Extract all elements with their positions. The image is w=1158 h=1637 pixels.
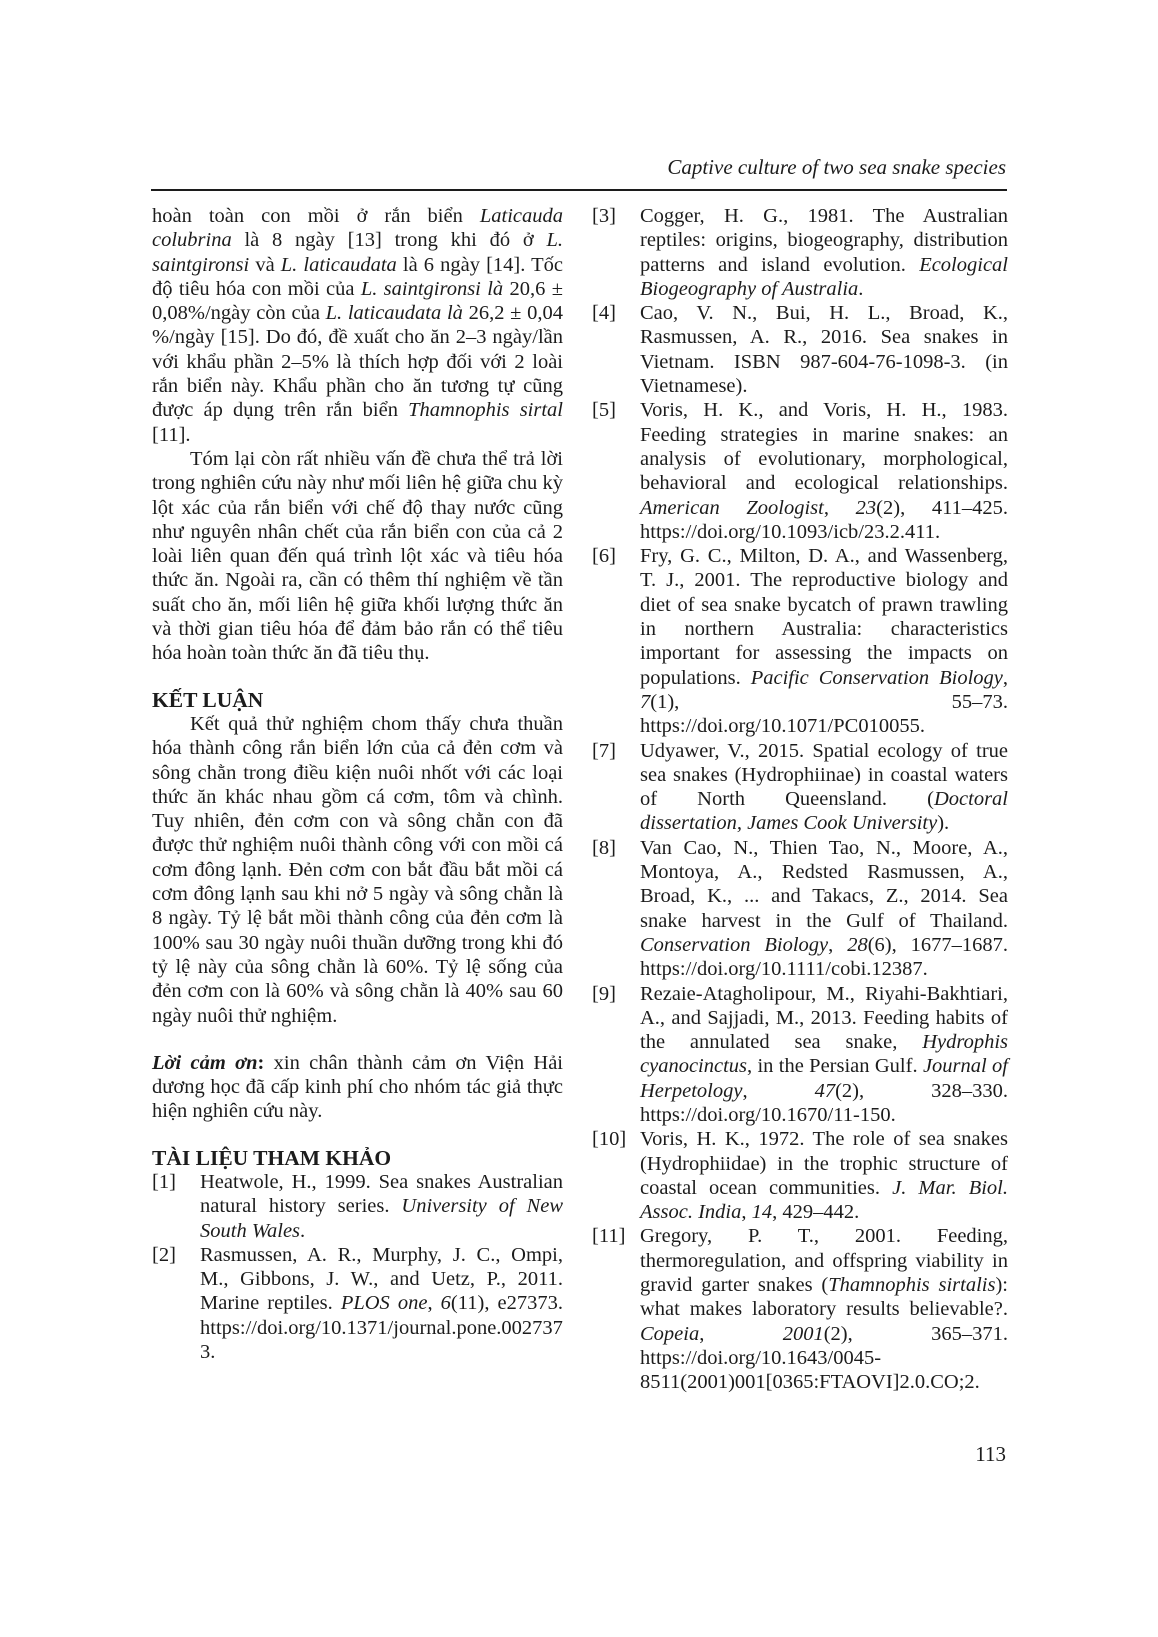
italic-text-run: 23	[856, 497, 877, 519]
acknowledgement-paragraph: Lời cảm ơn: xin chân thành cảm ơn Viện H…	[152, 1051, 563, 1124]
reference-text: Voris, H. K., and Voris, H. H., 1983. Fe…	[640, 399, 1008, 542]
body-paragraph: hoàn toàn con mồi ở rắn biển Laticauda c…	[152, 204, 563, 447]
text-run: ,	[742, 1080, 814, 1102]
text-run: (1), 55–73. https://doi.org/10.1071/PC01…	[640, 691, 1008, 737]
reference-text: Cogger, H. G., 1981. The Australian rept…	[640, 205, 1008, 300]
reference-number: [2]	[152, 1243, 198, 1267]
italic-text-run: L. laticaudata là	[326, 302, 463, 324]
italic-text-run: American Zoologist	[640, 497, 824, 519]
italic-text-run: L. saintgironsi là	[361, 278, 503, 300]
reference-text: Gregory, P. T., 2001. Feeding, thermoreg…	[640, 1225, 1008, 1393]
text-run: ,	[828, 934, 847, 956]
text-run: ,	[427, 1292, 440, 1314]
italic-text-run: 2001	[783, 1323, 824, 1345]
italic-text-run: 47	[815, 1080, 836, 1102]
text-run: và	[249, 254, 281, 276]
reference-item: [11]Gregory, P. T., 2001. Feeding, therm…	[592, 1224, 1008, 1394]
reference-number: [9]	[592, 982, 638, 1006]
reference-text: Rezaie-Atagholipour, M., Riyahi-Bakhtiar…	[640, 983, 1008, 1126]
left-column: hoàn toàn con mồi ở rắn biển Laticauda c…	[152, 204, 563, 1364]
text-run: hoàn toàn con mồi ở rắn biển	[152, 205, 480, 227]
text-run: .	[300, 1220, 305, 1242]
two-column-body: hoàn toàn con mồi ở rắn biển Laticauda c…	[152, 204, 1008, 1395]
italic-text-run: Pacific Conservation Biology	[751, 667, 1003, 689]
text-run: ,	[1003, 667, 1008, 689]
reference-number: [6]	[592, 544, 638, 568]
italic-text-run: 6	[441, 1292, 451, 1314]
reference-item: [7]Udyawer, V., 2015. Spatial ecology of…	[592, 739, 1008, 836]
italic-text-run: PLOS one	[341, 1292, 428, 1314]
text-run: .	[858, 278, 863, 300]
italic-text-run: Copeia	[640, 1323, 699, 1345]
text-run: ).	[937, 812, 949, 834]
reference-number: [11]	[592, 1224, 638, 1248]
text-run: là 8 ngày [13] trong khi đó ở	[232, 229, 547, 251]
text-run: Kết quả thử nghiệm chom thấy chưa thuần …	[152, 713, 563, 1027]
body-paragraph: Tóm lại còn rất nhiều vấn đề chưa thể tr…	[152, 447, 563, 666]
body-paragraph: Kết quả thử nghiệm chom thấy chưa thuần …	[152, 712, 563, 1028]
document-page: Captive culture of two sea snake species…	[0, 0, 1158, 1637]
reference-text: Van Cao, N., Thien Tao, N., Moore, A., M…	[640, 837, 1008, 980]
text-run: [11].	[152, 424, 191, 446]
reference-text: Voris, H. K., 1972. The role of sea snak…	[640, 1128, 1008, 1223]
reference-item: [1]Heatwole, H., 1999. Sea snakes Austra…	[152, 1170, 563, 1243]
text-run: , in the Persian Gulf.	[747, 1055, 923, 1077]
reference-item: [2]Rasmussen, A. R., Murphy, J. C., Ompi…	[152, 1243, 563, 1364]
text-run: Tóm lại còn rất nhiều vấn đề chưa thể tr…	[152, 448, 563, 664]
text-run: , 429–442.	[772, 1201, 859, 1223]
section-heading: KẾT LUẬN	[152, 688, 563, 712]
header-rule	[151, 189, 1007, 191]
reference-number: [10]	[592, 1127, 638, 1151]
reference-number: [3]	[592, 204, 638, 228]
reference-number: [5]	[592, 398, 638, 422]
italic-text-run: Lời cảm ơn	[152, 1052, 258, 1074]
reference-item: [10]Voris, H. K., 1972. The role of sea …	[592, 1127, 1008, 1224]
reference-item: [4]Cao, V. N., Bui, H. L., Broad, K., Ra…	[592, 301, 1008, 398]
italic-text-run: 14	[752, 1201, 773, 1223]
reference-text: Udyawer, V., 2015. Spatial ecology of tr…	[640, 740, 1008, 835]
text-run: Van Cao, N., Thien Tao, N., Moore, A., M…	[640, 837, 1008, 932]
page-number: 113	[152, 1442, 1006, 1466]
right-column: [3]Cogger, H. G., 1981. The Australian r…	[592, 204, 1008, 1395]
text-run: ,	[824, 497, 856, 519]
reference-text: Heatwole, H., 1999. Sea snakes Australia…	[200, 1171, 563, 1242]
text-run: ,	[699, 1323, 783, 1345]
italic-text-run: 28	[847, 934, 868, 956]
italic-text-run: Conservation Biology	[640, 934, 828, 956]
reference-item: [8]Van Cao, N., Thien Tao, N., Moore, A.…	[592, 836, 1008, 982]
reference-item: [6]Fry, G. C., Milton, D. A., and Wassen…	[592, 544, 1008, 738]
reference-text: Cao, V. N., Bui, H. L., Broad, K., Rasmu…	[640, 302, 1008, 397]
section-heading: TÀI LIỆU THAM KHẢO	[152, 1146, 563, 1170]
reference-item: [3]Cogger, H. G., 1981. The Australian r…	[592, 204, 1008, 301]
reference-text: Fry, G. C., Milton, D. A., and Wassenber…	[640, 545, 1008, 737]
reference-number: [1]	[152, 1170, 198, 1194]
reference-number: [8]	[592, 836, 638, 860]
reference-item: [5]Voris, H. K., and Voris, H. H., 1983.…	[592, 398, 1008, 544]
reference-text: Rasmussen, A. R., Murphy, J. C., Ompi, M…	[200, 1244, 563, 1363]
reference-number: [4]	[592, 301, 638, 325]
text-run: Voris, H. K., and Voris, H. H., 1983. Fe…	[640, 399, 1008, 494]
reference-item: [9]Rezaie-Atagholipour, M., Riyahi-Bakht…	[592, 982, 1008, 1128]
text-run: :	[258, 1052, 274, 1074]
text-run: ,	[741, 1201, 751, 1223]
italic-text-run: Thamnophis sirtalis	[828, 1274, 995, 1296]
text-run: Cao, V. N., Bui, H. L., Broad, K., Rasmu…	[640, 302, 1008, 397]
running-head: Captive culture of two sea snake species	[152, 155, 1006, 179]
italic-text-run: 7	[640, 691, 650, 713]
italic-text-run: L. laticaudata	[281, 254, 397, 276]
reference-number: [7]	[592, 739, 638, 763]
italic-text-run: Thamnophis sirtal	[408, 399, 563, 421]
